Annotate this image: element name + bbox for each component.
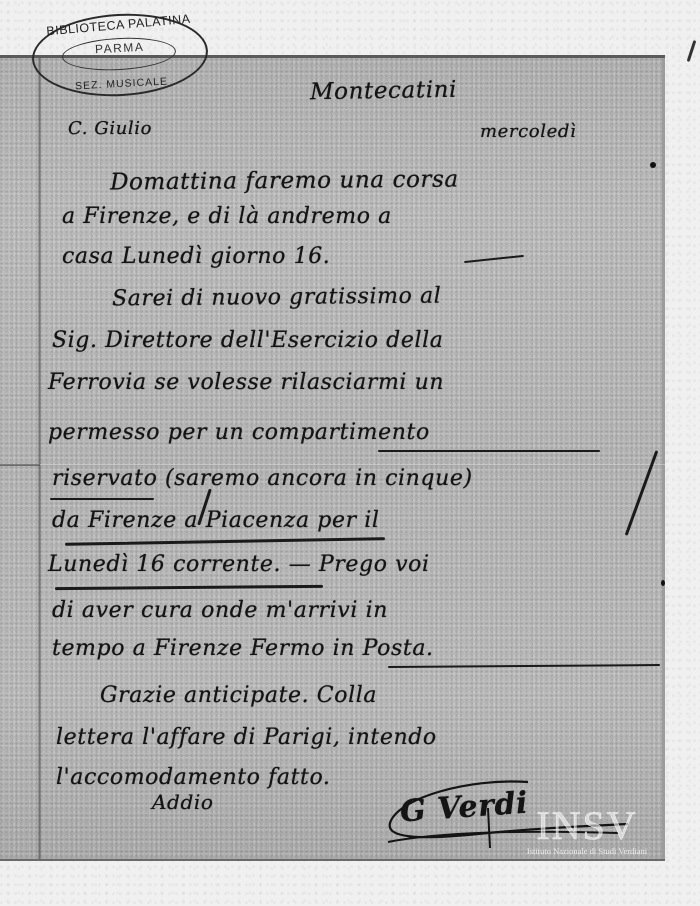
- letter-place: Montecatini: [310, 77, 457, 106]
- letter-line: Grazie anticipate. Colla: [100, 683, 377, 708]
- letter-line: Sarei di nuovo gratissimo al: [112, 284, 442, 312]
- ink-dot: [650, 162, 656, 168]
- letter-line: di aver cura onde m'arrivi in: [52, 598, 388, 623]
- watermark-logo: INSV: [512, 806, 662, 846]
- letter-line: l'accomodamento fatto.: [56, 765, 331, 790]
- letter-line: Ferrovia se volesse rilasciarmi un: [48, 370, 444, 395]
- paper-edge: [662, 58, 665, 859]
- letter-line: a Firenze, e di là andremo a: [62, 204, 392, 229]
- underline-riservato: [50, 498, 154, 500]
- letter-line: riservato (saremo ancora in cinque): [52, 466, 473, 491]
- watermark: INSV Istituto Nazionale di Studi Verdian…: [512, 806, 662, 860]
- letter-line: tempo a Firenze Fermo in Posta.: [52, 636, 434, 661]
- ink-dot: [661, 580, 665, 586]
- letter-line: lettera l'affare di Parigi, intendo: [56, 725, 437, 750]
- letter-line: Sig. Direttore dell'Esercizio della: [52, 328, 443, 353]
- letter-salutation: C. Giulio: [68, 118, 152, 139]
- watermark-subtitle: Istituto Nazionale di Studi Verdiani: [512, 846, 662, 857]
- letter-line: permesso per un compartimento: [48, 420, 430, 445]
- letter-line: casa Lunedì giorno 16.: [62, 244, 330, 269]
- letter-day: mercoledì: [480, 121, 576, 142]
- letter-closing: Addio: [152, 790, 214, 814]
- letter-line: Lunedì 16 corrente. — Prego voi: [48, 552, 430, 577]
- letter-line: Domattina faremo una corsa: [110, 166, 459, 195]
- letter-line: da Firenze a Piacenza per il: [52, 508, 380, 533]
- fold-line-vertical: [38, 58, 41, 859]
- underline-compartimento: [378, 450, 600, 452]
- fold-crease-shadow: [0, 464, 40, 466]
